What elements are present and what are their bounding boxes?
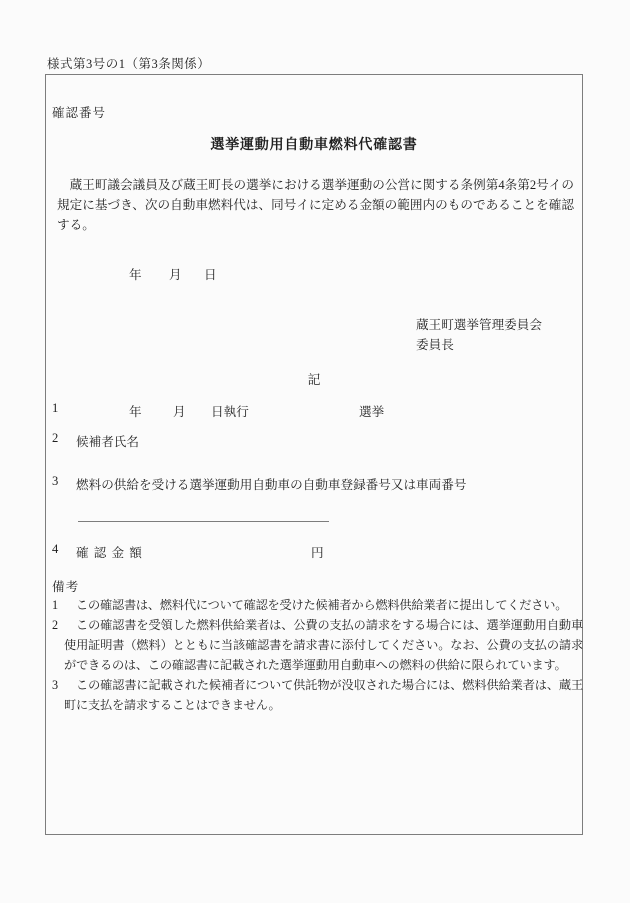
body-paragraph: 蔵王町議会議員及び蔵王町長の選挙における選挙運動の公営に関する条例第4条第2号イ…	[57, 175, 574, 235]
note-text: この確認書は、燃料代について確認を受けた候補者から燃料供給業者に提出してください…	[76, 598, 567, 612]
item-4-yen-unit-label: 円	[311, 542, 324, 561]
note-text: この確認書に記載された候補者について供託物が没収された場合には、燃料供給業者は、…	[64, 678, 583, 712]
item-1-number: 1	[52, 401, 58, 416]
item-1-day-executed-label: 日執行	[211, 401, 249, 420]
issuer-organization: 蔵王町選挙管理委員会	[416, 315, 542, 335]
vehicle-number-fill-in-line	[78, 521, 329, 522]
form-code-label: 様式第3号の1（第3条関係）	[47, 54, 210, 72]
note-number: 2	[52, 615, 58, 635]
item-3-number: 3	[52, 474, 58, 489]
remark-note: 1 この確認書は、燃料代について確認を受けた候補者から燃料供給業者に提出してくだ…	[52, 595, 583, 615]
item-1-election-date-row: 1 年 月 日執行 選挙	[46, 401, 582, 421]
form-border-box: 確認番号 選挙運動用自動車燃料代確認書 蔵王町議会議員及び蔵王町長の選挙における…	[45, 74, 583, 835]
item-2-candidate-name-row: 2 候補者氏名	[46, 431, 582, 451]
document-title: 選挙運動用自動車燃料代確認書	[46, 134, 582, 154]
record-marker: 記	[46, 369, 582, 388]
item-1-month-label: 月	[173, 401, 186, 420]
item-3-vehicle-number-row: 3 燃料の供給を受ける選挙運動用自動車の自動車登録番号又は車両番号	[46, 474, 582, 494]
day-label: 日	[204, 264, 217, 283]
confirmation-number-label: 確認番号	[52, 103, 106, 121]
remark-note: 2 この確認書を受領した燃料供給業者は、公費の支払の請求をする場合には、選挙運動…	[52, 615, 583, 675]
item-1-election-label: 選挙	[359, 401, 384, 420]
item-4-label: 確 認 金 額	[76, 542, 143, 561]
note-number: 1	[52, 595, 58, 615]
month-label: 月	[169, 264, 182, 283]
year-label: 年	[129, 264, 142, 283]
note-text: この確認書を受領した燃料供給業者は、公費の支払の請求をする場合には、選挙運動用自…	[64, 618, 583, 672]
date-line: 年 月 日	[46, 264, 582, 284]
note-number: 3	[52, 675, 58, 695]
remark-note: 3 この確認書に記載された候補者について供託物が没収された場合には、燃料供給業者…	[52, 675, 583, 715]
remarks-list: 1 この確認書は、燃料代について確認を受けた候補者から燃料供給業者に提出してくだ…	[52, 595, 583, 715]
item-3-label: 燃料の供給を受ける選挙運動用自動車の自動車登録番号又は車両番号	[76, 474, 466, 493]
document-page: 様式第3号の1（第3条関係） 確認番号 選挙運動用自動車燃料代確認書 蔵王町議会…	[0, 0, 630, 903]
issuer-block: 蔵王町選挙管理委員会 委員長	[416, 315, 542, 355]
item-1-year-label: 年	[129, 401, 142, 420]
issuer-role: 委員長	[416, 335, 542, 355]
item-4-number: 4	[52, 542, 58, 557]
remarks-heading: 備考	[52, 576, 79, 595]
item-4-confirmed-amount-row: 4 確 認 金 額 円	[46, 542, 582, 562]
item-2-label: 候補者氏名	[76, 431, 139, 450]
item-2-number: 2	[52, 431, 58, 446]
